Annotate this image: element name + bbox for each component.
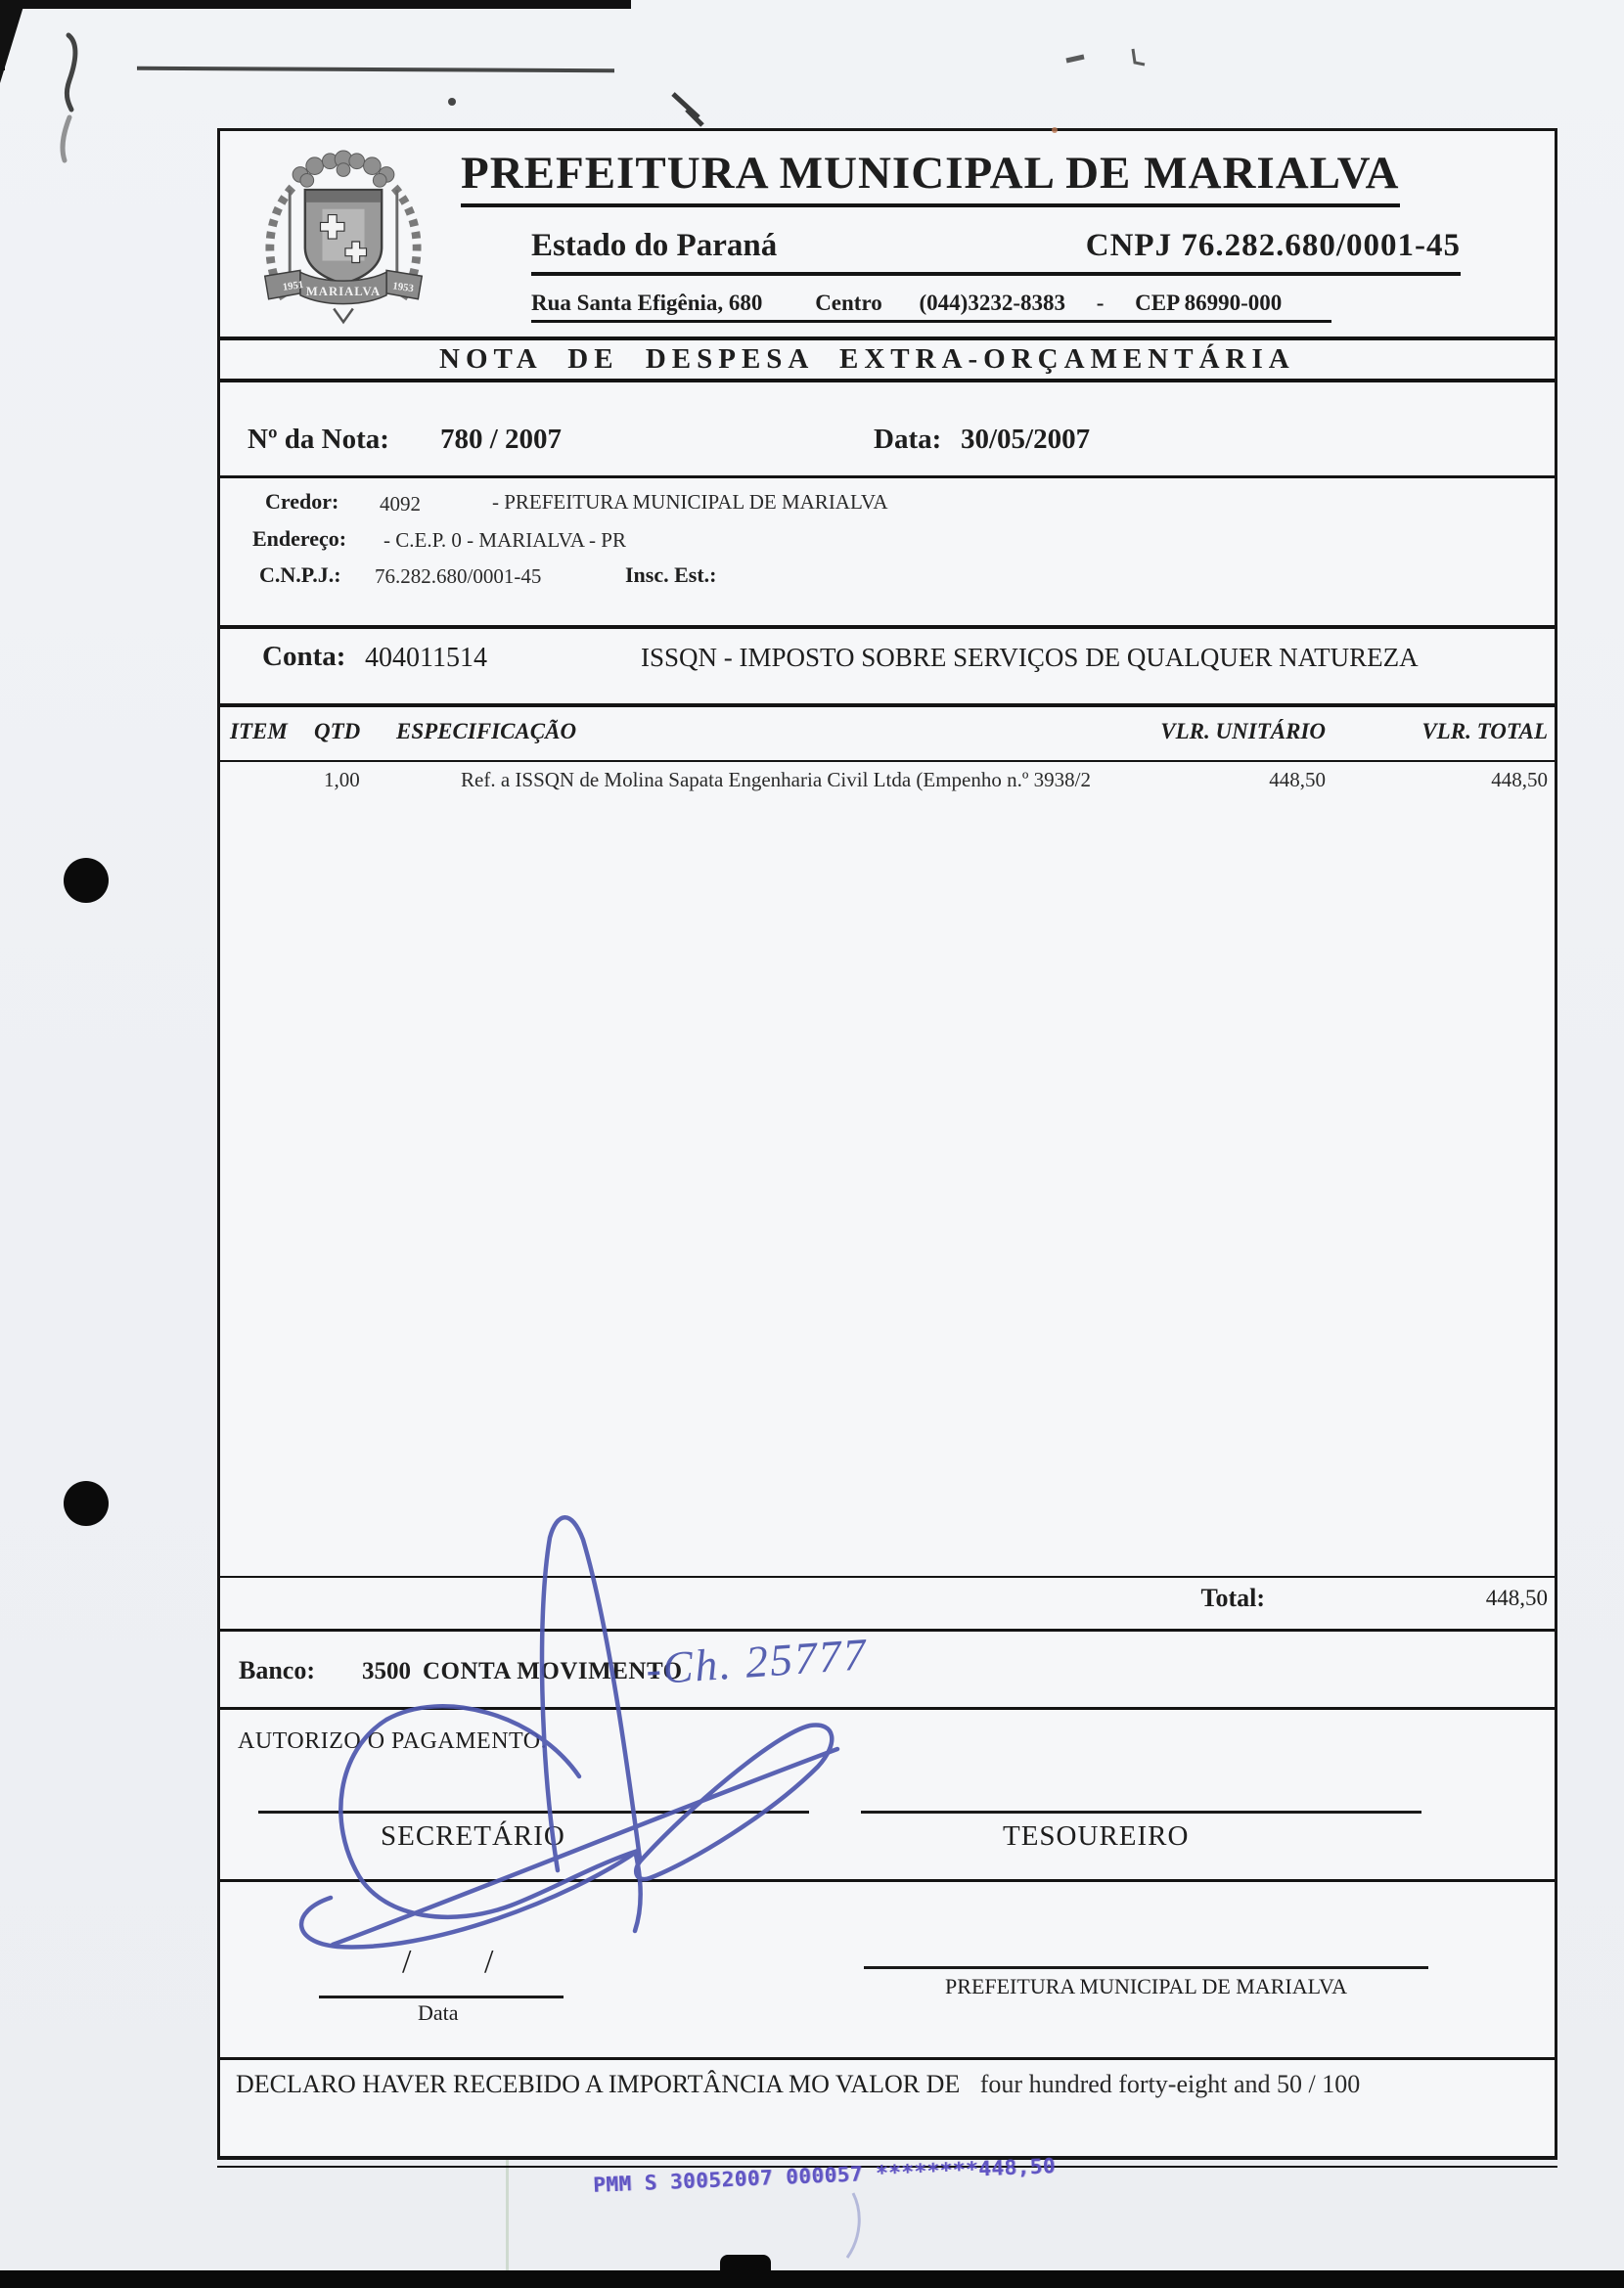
col-vlr-total: VLR. TOTAL: [1421, 719, 1548, 744]
state-label: Estado do Paraná: [531, 228, 777, 264]
note-title-band: NOTA DE DESPESA EXTRA-ORÇAMENTÁRIA: [220, 336, 1555, 379]
scan-artifact-left-edge: [0, 0, 5, 70]
org-title: PREFEITURA MUNICIPAL DE MARIALVA: [461, 147, 1400, 207]
rule-total-top: [220, 1576, 1555, 1578]
col-especificacao: ESPECIFICAÇÃO: [396, 719, 576, 744]
note-number-label: Nº da Nota:: [248, 424, 389, 456]
row-especificacao: Ref. a ISSQN de Molina Sapata Engenharia…: [461, 768, 1091, 792]
date-label: Data: [418, 2000, 459, 2026]
address-street: Rua Santa Efigênia, 680: [531, 291, 762, 316]
faint-pen-stroke: [847, 2193, 859, 2258]
crest-name: MARIALVA: [306, 285, 381, 298]
date-slash-1: /: [402, 1944, 411, 1981]
municipal-crest-logo: 1951 MARIALVA 1953: [248, 150, 439, 332]
address-row: Rua Santa Efigênia, 680 Centro (044)3232…: [531, 291, 1331, 323]
rule-total-bottom: [220, 1629, 1555, 1632]
col-vlr-unitario: VLR. UNITÁRIO: [1160, 719, 1326, 744]
org-cnpj: CNPJ 76.282.680/0001-45: [1086, 228, 1461, 264]
document-border-box: 1951 MARIALVA 1953 PREFEITURA MUNICIPAL …: [217, 128, 1557, 2160]
tesoureiro-signature-line: [861, 1811, 1421, 1814]
secretario-label: SECRETÁRIO: [381, 1820, 565, 1853]
address-phone: (044)3232-8383: [920, 291, 1065, 316]
credor-name: - PREFEITURA MUNICIPAL DE MARIALVA: [492, 490, 888, 515]
total-value: 448,50: [1486, 1586, 1548, 1611]
tesoureiro-label: TESOUREIRO: [1003, 1820, 1189, 1853]
dot-matrix-stamp: PMM S 30052007 000057 ********448,50: [593, 2154, 1057, 2197]
address-district: Centro: [815, 291, 882, 316]
hole-punch-top: [64, 858, 109, 903]
state-cnpj-row: Estado do Paraná CNPJ 76.282.680/0001-45: [531, 228, 1461, 276]
address-cep: CEP 86990-000: [1135, 291, 1282, 316]
entity-label: PREFEITURA MUNICIPAL DE MARIALVA: [864, 1974, 1428, 1999]
note-date-value: 30/05/2007: [961, 424, 1090, 456]
creditor-cnpj-value: 76.282.680/0001-45: [375, 564, 541, 589]
endereco-label: Endereço:: [252, 526, 346, 552]
rule-meta-bottom: [220, 475, 1555, 478]
endereco-value: - C.E.P. 0 - MARIALVA - PR: [383, 528, 626, 553]
pen-squiggle-top-left: [63, 35, 75, 160]
hole-punch-bottom: [64, 1481, 109, 1526]
date-slash-2: /: [484, 1944, 493, 1981]
total-label: Total:: [1201, 1584, 1266, 1613]
col-item: ITEM: [230, 719, 288, 744]
conta-code: 404011514: [365, 643, 487, 674]
row-vlr-total: 448,50: [1491, 768, 1548, 792]
rule-signatures-bottom: [220, 1879, 1555, 1882]
declaration-text: DECLARO HAVER RECEBIDO A IMPORTÂNCIA MO …: [236, 2070, 960, 2098]
authorize-line: AUTORIZO O PAGAMENTO.: [238, 1728, 547, 1755]
note-date-label: Data:: [874, 424, 941, 456]
insc-est-label: Insc. Est.:: [625, 562, 717, 588]
col-qtd: QTD: [314, 719, 360, 744]
credor-code: 4092: [380, 492, 421, 516]
scan-specks: [448, 49, 1145, 133]
entity-signature-line: [864, 1966, 1428, 1969]
secretario-signature-line: [258, 1811, 809, 1814]
declaration-amount-words: four hundred forty-eight and 50 / 100: [980, 2070, 1360, 2098]
declaration-section: DECLARO HAVER RECEBIDO A IMPORTÂNCIA MO …: [236, 2070, 1360, 2099]
credor-label: Credor:: [265, 489, 338, 515]
scan-artifact-top-strip: [0, 0, 631, 9]
banco-name: CONTA MOVIMENTO: [423, 1658, 683, 1685]
rule-band-bottom: [220, 379, 1555, 382]
scan-artifact-bottom-strip: [0, 2270, 1624, 2288]
banco-code: 3500: [362, 1658, 411, 1685]
conta-label: Conta:: [262, 641, 345, 673]
banco-label: Banco:: [239, 1656, 315, 1685]
rule-declaration-top: [220, 2057, 1555, 2060]
rule-bank-bottom: [220, 1707, 1555, 1710]
scan-artifact-page-edge-line: [137, 67, 614, 73]
address-separator: -: [1097, 291, 1105, 316]
rule-account-bottom: [220, 703, 1555, 707]
rule-table-header: [220, 760, 1555, 762]
note-number-value: 780 / 2007: [440, 424, 562, 456]
creditor-cnpj-label: C.N.P.J.:: [259, 562, 341, 588]
conta-description: ISSQN - IMPOSTO SOBRE SERVIÇOS DE QUALQU…: [641, 643, 1419, 673]
rule-creditor-bottom: [220, 625, 1555, 629]
scanned-document-page: 1951 MARIALVA 1953 PREFEITURA MUNICIPAL …: [0, 0, 1624, 2288]
row-vlr-unitario: 448,50: [1269, 768, 1326, 792]
date-line: [319, 1996, 564, 1998]
row-qtd: 1,00: [324, 768, 360, 792]
